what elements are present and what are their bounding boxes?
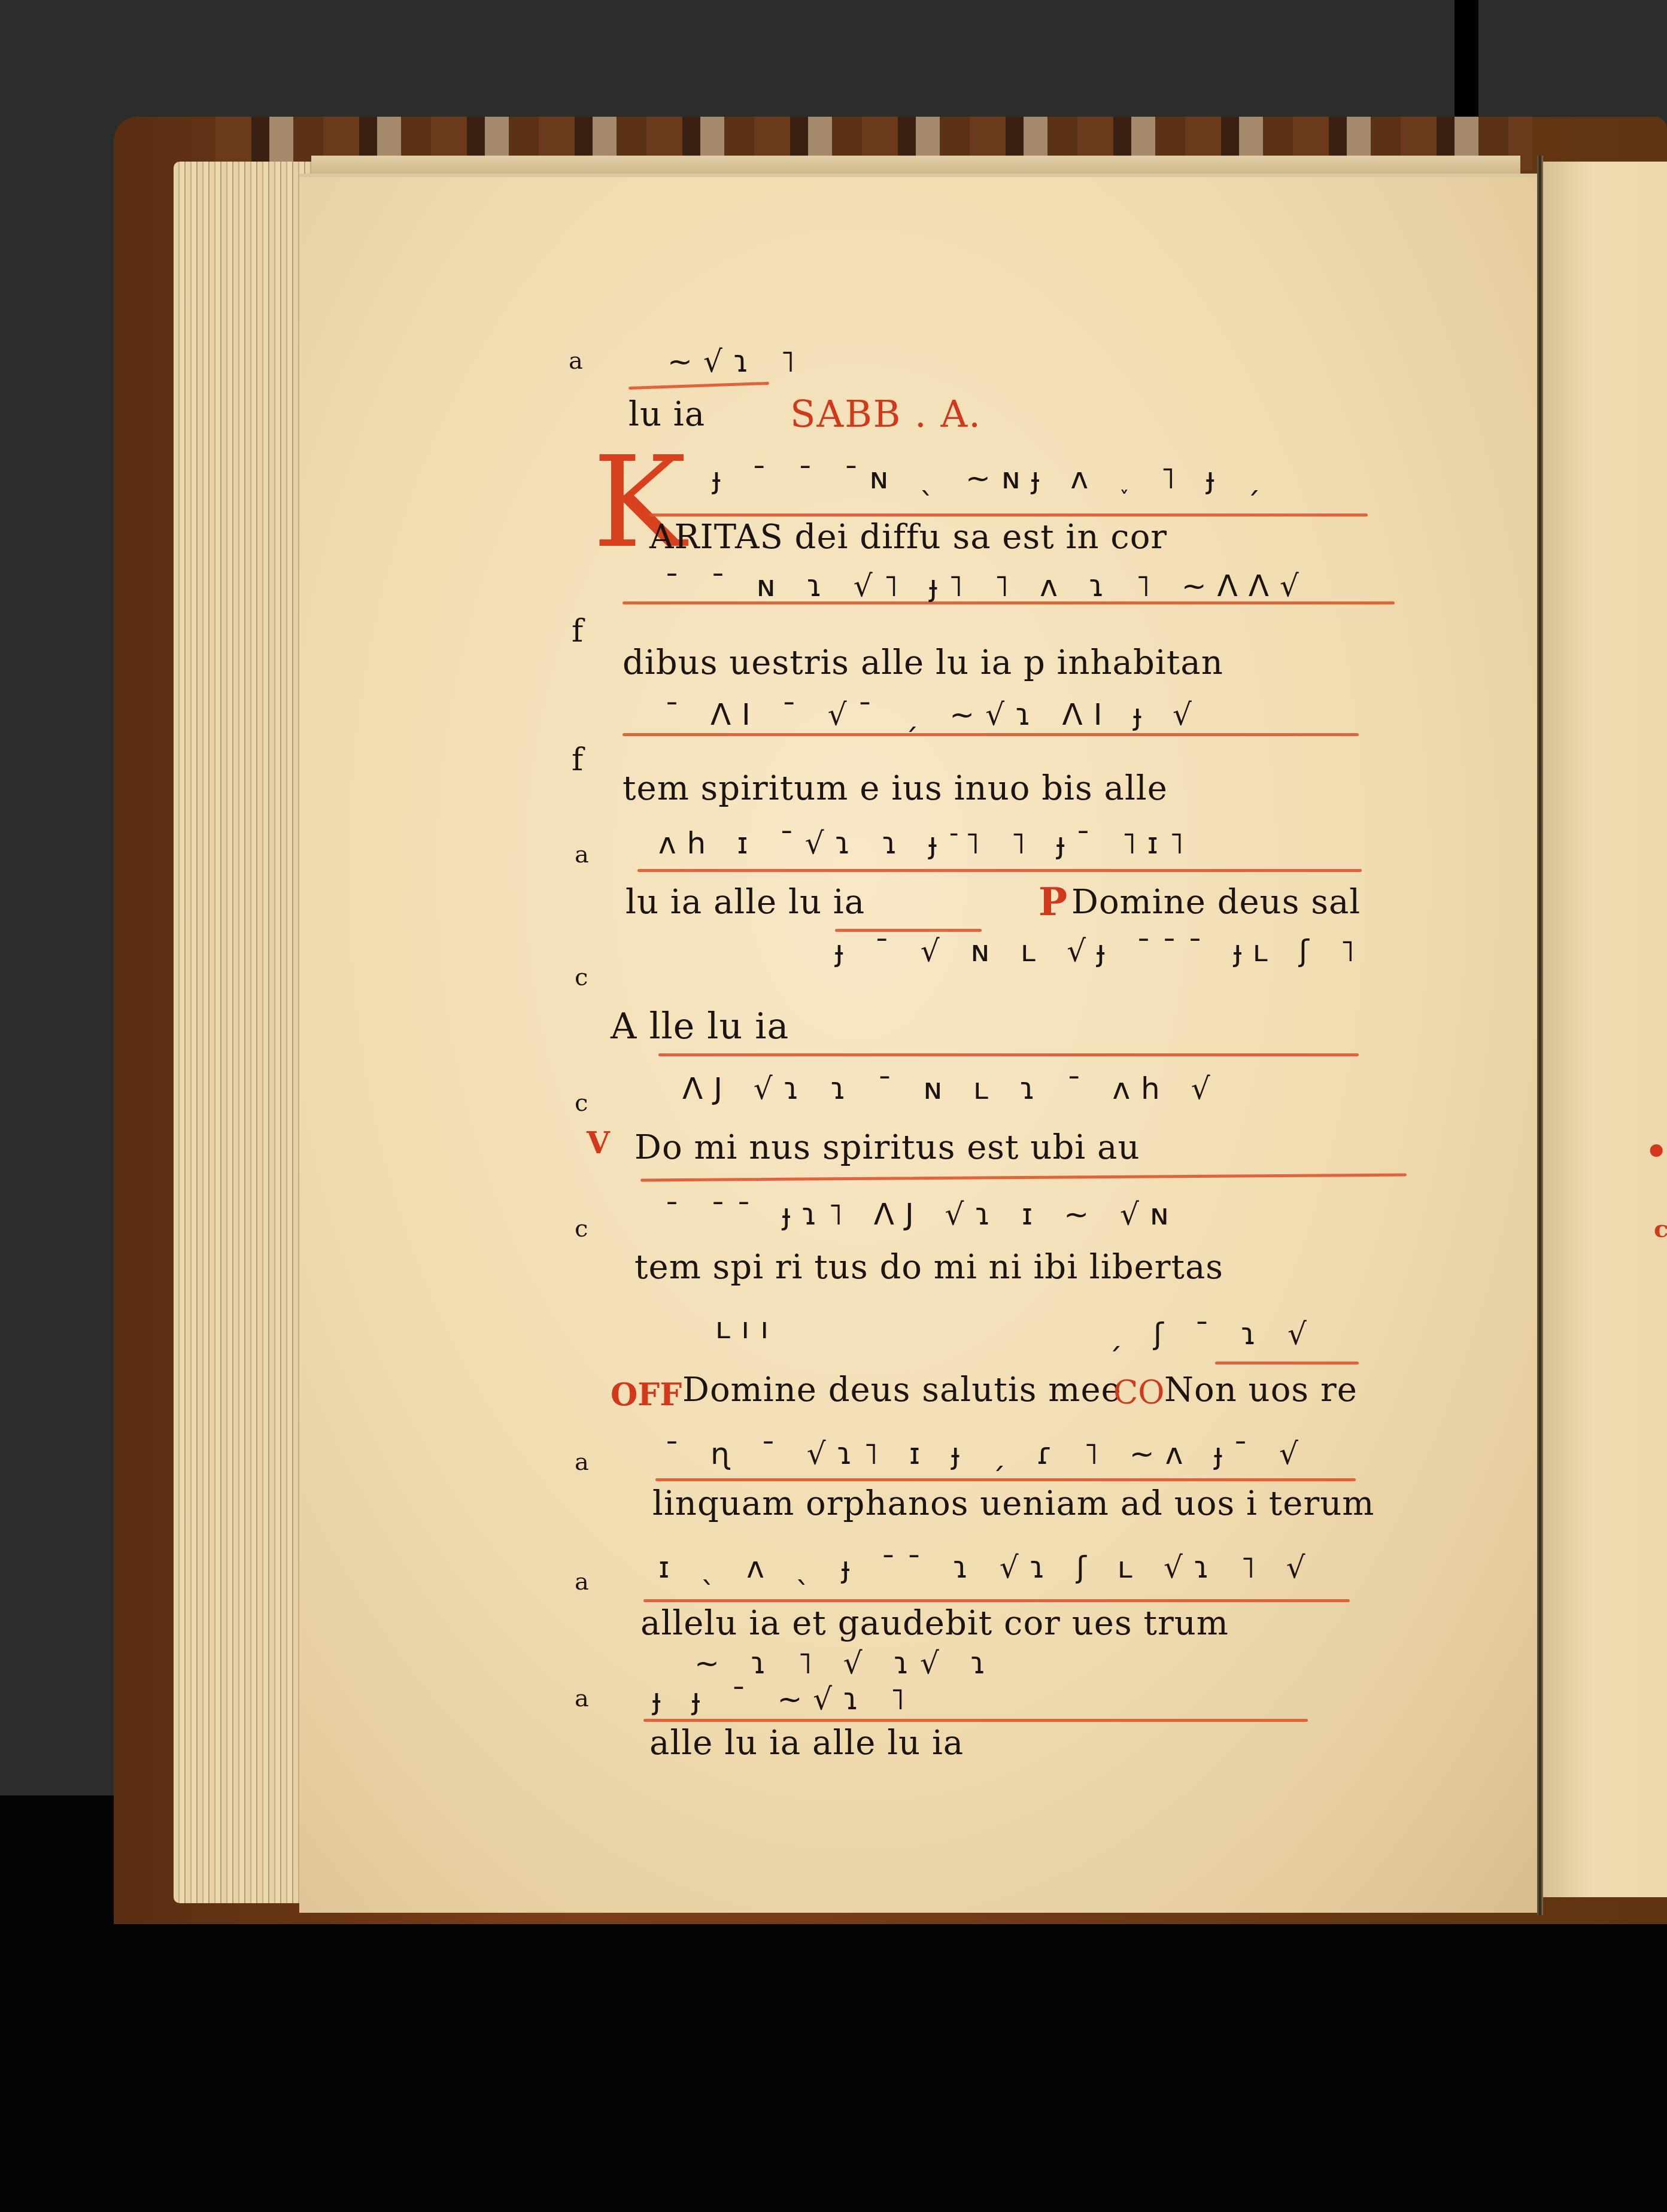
neume-group: ɟ ˉ ˉ ˉɴ ˎ ~ɴɟ ʌ ˯ ˥ ɟ ˏ [712,461,1271,496]
chant-text: Non uos re [1164,1371,1358,1409]
rubric-verse-sign: V [587,1125,610,1160]
chant-text: tem spiritum e ius inuo bis alle [623,769,1168,808]
clef-letter: a [575,841,589,868]
rubric-communion: CO [1113,1374,1165,1411]
chant-text: Domine deus salutis mee [682,1371,1122,1409]
staff-line [640,1174,1407,1182]
clef-letter: c [575,1215,588,1242]
staff-line [637,869,1362,872]
rubric-initial: P [1039,880,1067,925]
chant-text: ARITAS dei diffu sa est in cor [649,518,1167,557]
chant-text: linquam orphanos ueniam ad uos i terum [652,1484,1374,1523]
staff-line [658,1053,1359,1056]
rubric-title: SABB . A. [790,392,982,436]
neume-group: ʌh ɪ ˉ√ɿ ɿ ɟ˥˥ ˥ ɟˉ ˥ɪ˥ [658,826,1195,861]
clef-letter: f [572,613,583,649]
staff-line [655,1478,1356,1481]
staff-line [1215,1362,1359,1365]
neume-group: ˉ ɳ ˉ √ɿ˥ ɪ ɟ ˏ ɾ ˥ ~ʌ ɟˉ √ [664,1436,1309,1471]
neume-group: ˉ ɅI ˉ √ˉ ˏ ~√ɿ ɅI ɟ √ [664,697,1203,732]
neume-group: ˉ ˉ ɴ ɿ √˥ ɟ˥ ˥ ʌ ɿ ˥ ~ɅɅ√ [664,569,1310,603]
staff-line [628,382,769,390]
rubric-offertory: OFF [611,1377,682,1413]
neume-group: ~√ɿ ˥ [667,344,806,379]
clef-letter: c [575,1089,588,1117]
chant-text: Do mi nus spiritus est ubi au [634,1128,1140,1167]
clef-letter: a [575,1568,589,1596]
clef-letter: c [575,964,588,991]
neume-group: ɪ ˎ ʌ ˎ ɟ ˉˉ ɿ √ɿ ʃ ʟ √ɿ ˥ √ [658,1550,1316,1585]
chant-text: dibus uestris alle lu ia p inhabitan [623,643,1223,682]
text-block: a f f a c c c a a a ~√ɿ ˥ lu ia SABB . A… [0,0,1667,2212]
chant-text: Domine deus sal [1071,883,1361,922]
clef-letter: f [572,742,583,778]
clef-letter: a [575,1685,589,1712]
chant-text: alle lu ia alle lu ia [649,1724,964,1763]
chant-text: allelu ia et gaudebit cor ues trum [640,1604,1229,1643]
neume-group: ɟ ɟ ˉ ~√ɿ ˥ [652,1682,915,1716]
neume-group: ˉ ˉˉ ɟɿ˥ ɅJ √ɿ ɪ ~ √ɴ [664,1197,1180,1232]
chant-text: lu ia alle lu ia [625,883,865,922]
staff-line [643,1719,1308,1722]
clef-letter: a [569,347,583,375]
staff-line [623,733,1359,736]
staff-line [643,1599,1350,1602]
neume-group: ɅJ √ɿ ɿ ˉ ɴ ʟ ɿ ˉ ʌh √ [682,1071,1221,1106]
chant-text: lu ia [628,395,705,434]
staff-line [649,513,1368,516]
neume-group: ~ ɿ ˥ √ ɿ√ ɿ [694,1646,997,1681]
staff-line [835,929,982,932]
neume-group: ʟıı [715,1311,779,1345]
neume-group: ˏ ʃ ˉ ɿ √ [1107,1317,1317,1351]
clef-letter: a [575,1448,589,1476]
chant-text: tem spi ri tus do mi ni ibi libertas [634,1248,1223,1287]
chant-text: A lle lu ia [611,1005,789,1047]
neume-group: ɟ ˉ √ ɴ ʟ √ɟ ˉˉˉ ɟʟ ʃ ˥ [835,934,1365,968]
